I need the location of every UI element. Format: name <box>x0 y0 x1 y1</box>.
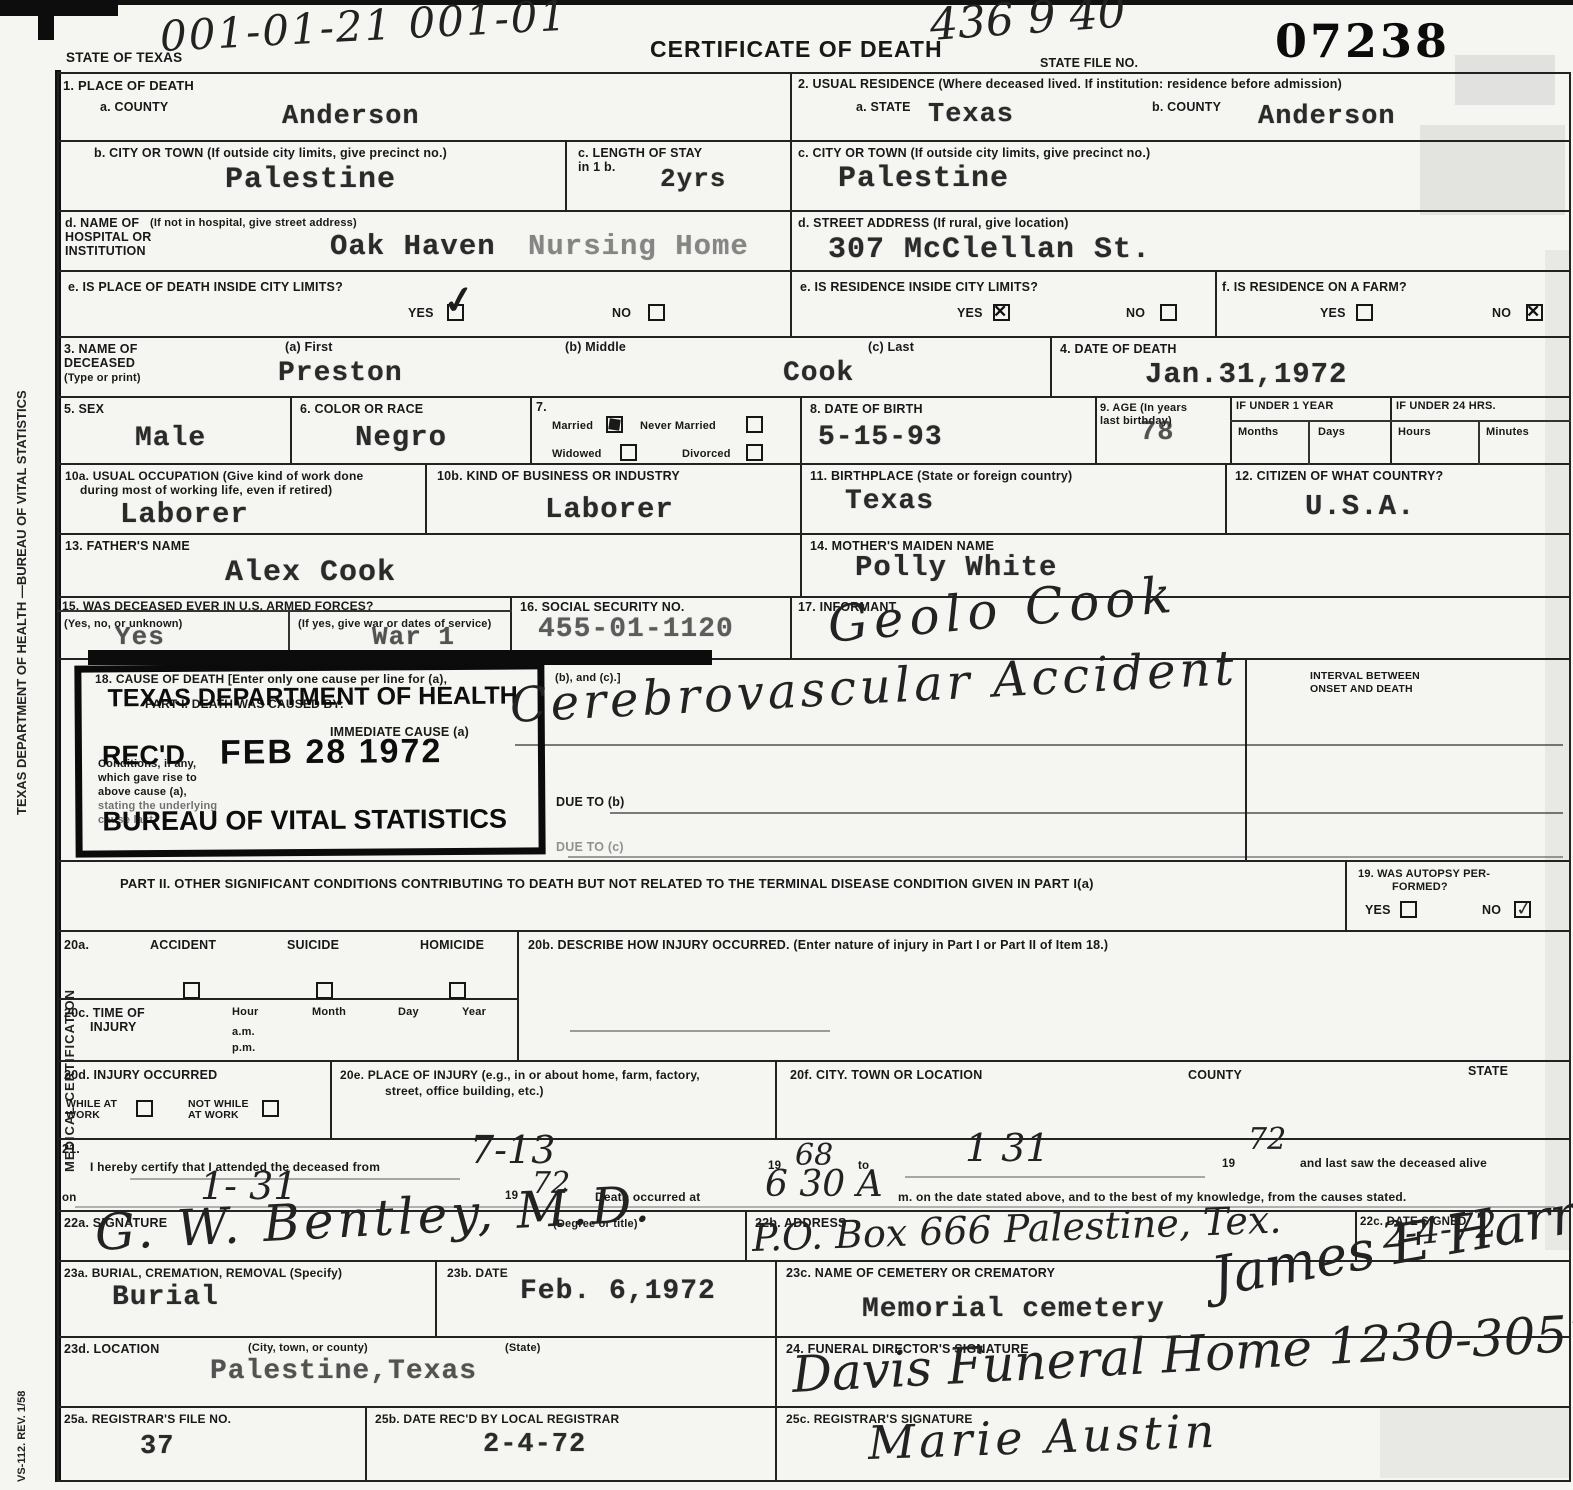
field-7-never-married-label: Never Married <box>640 420 716 432</box>
stamp-agency-line: TEXAS DEPARTMENT OF HEALTH <box>107 682 517 714</box>
field-23a-value: Burial <box>112 1282 219 1313</box>
cert-on-label: on <box>62 1192 76 1204</box>
field-2d-address-value: 307 McClellan St. <box>828 233 1151 267</box>
field-15-sub1-value: Yes <box>115 622 165 652</box>
field-6-value: Negro <box>355 421 447 454</box>
interval-label2: ONSET AND DEATH <box>1310 683 1413 695</box>
field-2f-label: f. IS RESIDENCE ON A FARM? <box>1222 280 1407 294</box>
cert-19-prefix2: 19 <box>1222 1158 1235 1170</box>
field-2e-no-label: NO <box>1126 306 1145 320</box>
field-10a-value: Laborer <box>120 498 249 531</box>
field-1d-hospital-label: d. NAME OF <box>65 216 139 230</box>
field-21-number: 21. <box>62 1142 80 1156</box>
field-12-value: U.S.A. <box>1305 490 1415 523</box>
stamp-bureau-line: BUREAU OF VITAL STATISTICS <box>102 804 507 838</box>
scan-artifact <box>0 0 118 16</box>
county-label: COUNTY <box>1188 1068 1242 1082</box>
scan-artifact <box>88 650 712 665</box>
am-label: a.m. <box>232 1026 255 1038</box>
suicide-label: SUICIDE <box>287 938 339 952</box>
field-3-last-label: (c) Last <box>868 340 914 354</box>
received-stamp: TEXAS DEPARTMENT OF HEALTH REC'D FEB 28 … <box>74 662 545 857</box>
field-2e-yes-checkbox <box>993 304 1010 321</box>
cert-to-date: 1 31 <box>965 1126 1050 1170</box>
certificate-title: CERTIFICATE OF DEATH <box>650 36 943 63</box>
field-2f-no-checkbox <box>1526 304 1543 321</box>
days-label: Days <box>1318 426 1345 438</box>
field-23b-label: 23b. DATE <box>447 1266 508 1280</box>
field-16-value: 455-01-1120 <box>538 614 734 645</box>
field-2e-no-checkbox <box>1160 304 1177 321</box>
field-7-married-label: Married <box>552 420 593 432</box>
suicide-checkbox <box>316 982 333 999</box>
field-2a-state-label: a. STATE <box>856 100 911 114</box>
field-3-first-label: (a) First <box>285 340 333 354</box>
field-20c-label2: INJURY <box>90 1020 137 1034</box>
stamp-date: FEB 28 1972 <box>220 732 443 773</box>
field-9-label1: 9. AGE (In years <box>1100 402 1187 414</box>
field-1e-yes-label: YES <box>408 306 434 320</box>
field-25a-value: 37 <box>140 1432 174 1462</box>
homicide-label: HOMICIDE <box>420 938 484 952</box>
field-7-divorced-label: Divorced <box>682 448 731 460</box>
field-23d-state-note: (State) <box>505 1342 541 1354</box>
margin-agency-text: TEXAS DEPARTMENT OF HEALTH —BUREAU OF VI… <box>14 255 29 815</box>
field-20e-label2: street, office building, etc.) <box>385 1084 544 1098</box>
divider-line <box>1230 420 1392 422</box>
field-23c-value: Memorial cemetery <box>862 1294 1165 1325</box>
field-2f-yes-checkbox <box>1356 304 1373 321</box>
field-9-value: 78 <box>1140 418 1174 448</box>
field-1b-city-value: Palestine <box>225 163 396 197</box>
field-1d-hospital-label3: INSTITUTION <box>65 244 146 258</box>
not-while-at-work-checkbox <box>262 1100 279 1117</box>
margin-form-number: VS-112. REV. 1/58 <box>16 1374 28 1482</box>
field-25b-label: 25b. DATE REC'D BY LOCAL REGISTRAR <box>375 1412 619 1426</box>
field-20f-label: 20f. CITY. TOWN OR LOCATION <box>790 1068 982 1082</box>
field-19-yes-label: YES <box>1365 903 1391 917</box>
while-at-work-label2: WORK <box>66 1109 100 1121</box>
field-5-value: Male <box>135 423 206 454</box>
field-8-value: 5-15-93 <box>818 422 943 453</box>
month-label: Month <box>312 1006 346 1018</box>
field-1-title: 1. PLACE OF DEATH <box>63 78 194 93</box>
field-13-label: 13. FATHER'S NAME <box>65 539 190 553</box>
field-25a-label: 25a. REGISTRAR'S FILE NO. <box>64 1412 231 1426</box>
field-3-first-value: Preston <box>278 358 403 389</box>
minutes-label: Minutes <box>1486 426 1529 438</box>
cause-line-b <box>610 812 1563 814</box>
field-2e-yes-label: YES <box>957 306 983 320</box>
divider-line <box>1478 420 1480 465</box>
field-8-label: 8. DATE OF BIRTH <box>810 402 923 416</box>
field-7-divorced-checkbox <box>746 444 763 461</box>
homicide-checkbox <box>449 982 466 999</box>
hours-label: Hours <box>1398 426 1431 438</box>
field-1a-county-value: Anderson <box>282 102 420 132</box>
interval-label1: INTERVAL BETWEEN <box>1310 670 1420 682</box>
field-5-label: 5. SEX <box>64 402 104 416</box>
scan-artifact <box>0 0 1573 5</box>
field-4-label: 4. DATE OF DEATH <box>1060 342 1177 356</box>
divider-line <box>1390 420 1571 422</box>
field-1e-no-label: NO <box>612 306 631 320</box>
field-2f-no-label: NO <box>1492 306 1511 320</box>
field-11-label: 11. BIRTHPLACE (State or foreign country… <box>810 469 1072 483</box>
field-23c-label: 23c. NAME OF CEMETERY OR CREMATORY <box>786 1266 1055 1280</box>
field-23d-label: 23d. LOCATION <box>64 1342 159 1356</box>
state-file-no-label: STATE FILE NO. <box>1040 56 1138 70</box>
field-4-value: Jan.31,1972 <box>1145 358 1347 391</box>
field-19-label1: 19. WAS AUTOPSY PER- <box>1358 868 1490 880</box>
field-2b-county-label: b. COUNTY <box>1152 100 1221 114</box>
field-1c-stay-value: 2yrs <box>660 164 726 194</box>
cert-line <box>905 1176 1205 1178</box>
cert-death-time: 6 30 A <box>765 1164 883 1205</box>
day-label: Day <box>398 1006 419 1018</box>
field-20d-label: 20d. INJURY OCCURRED <box>64 1068 217 1082</box>
field-10b-label: 10b. KIND OF BUSINESS OR INDUSTRY <box>437 469 680 483</box>
field-23d-value: Palestine,Texas <box>210 1356 477 1387</box>
field-1a-county-label: a. COUNTY <box>100 100 168 114</box>
field-10a-label1: 10a. USUAL OCCUPATION (Give kind of work… <box>65 469 363 483</box>
if-under-1-year-label: IF UNDER 1 YEAR <box>1236 400 1334 412</box>
field-7-label: 7. <box>536 400 547 414</box>
field-20e-label1: 20e. PLACE OF INJURY (e.g., in or about … <box>340 1068 700 1082</box>
pm-label: p.m. <box>232 1042 255 1054</box>
field-2a-state-value: Texas <box>928 100 1014 130</box>
field-1d-hospital-note: (If not in hospital, give street address… <box>150 217 357 229</box>
while-at-work-checkbox <box>136 1100 153 1117</box>
field-3-title1: 3. NAME OF <box>64 342 138 356</box>
cert-text-2: and last saw the deceased alive <box>1300 1156 1487 1170</box>
death-certificate-scan: TEXAS DEPARTMENT OF HEALTH —BUREAU OF VI… <box>0 0 1573 1490</box>
field-11-value: Texas <box>845 486 934 517</box>
field-2e-label: e. IS RESIDENCE INSIDE CITY LIMITS? <box>800 280 1038 294</box>
handwritten-file-number: 436 9 40 <box>928 0 1127 51</box>
field-1d-hospital-label2: HOSPITAL OR <box>65 230 151 244</box>
field-2c-city-value: Palestine <box>838 162 1009 196</box>
field-2d-address-label: d. STREET ADDRESS (If rural, give locati… <box>798 216 1069 230</box>
hour-label: Hour <box>232 1006 258 1018</box>
cert-to-year: 72 <box>1248 1122 1286 1157</box>
field-13-value: Alex Cook <box>225 556 396 590</box>
due-to-b-label: DUE TO (b) <box>556 795 624 809</box>
field-10b-value: Laborer <box>545 493 674 526</box>
field-2b-county-value: Anderson <box>1258 102 1396 132</box>
field-1c-stay-label: c. LENGTH OF STAY <box>578 146 702 160</box>
field-1e-yes-checkmark: ✓ <box>440 276 478 325</box>
field-1e-no-checkbox <box>648 304 665 321</box>
due-to-c-label: DUE TO (c) <box>556 840 624 854</box>
cause-line-c <box>568 856 1563 858</box>
divider-line <box>1308 420 1310 465</box>
field-1d-hospital-value2: Nursing Home <box>528 230 749 263</box>
field-19-yes-checkbox <box>1400 901 1417 918</box>
field-23a-label: 23a. BURIAL, CREMATION, REMOVAL (Specify… <box>64 1266 342 1280</box>
field-20b-label: 20b. DESCRIBE HOW INJURY OCCURRED. (Ente… <box>528 938 1108 952</box>
field-6-label: 6. COLOR OR RACE <box>300 402 423 416</box>
field-2-title: 2. USUAL RESIDENCE (Where deceased lived… <box>798 77 1342 91</box>
field-7-widowed-label: Widowed <box>552 448 602 460</box>
state-label: STATE <box>1468 1064 1508 1078</box>
field-2f-yes-label: YES <box>1320 306 1346 320</box>
field-1b-city-label: b. CITY OR TOWN (If outside city limits,… <box>94 146 447 160</box>
field-25b-value: 2-4-72 <box>483 1430 586 1460</box>
field-7-widowed-checkbox <box>620 444 637 461</box>
accident-label: ACCIDENT <box>150 938 216 952</box>
field-1c-stay-label2: in 1 b. <box>578 160 616 174</box>
field-15-sub2-value: War 1 <box>372 622 455 652</box>
field-3-middle-label: (b) Middle <box>565 340 626 354</box>
scan-artifact <box>38 14 54 40</box>
cell-part-ii-conditions <box>57 860 1347 932</box>
stamped-certificate-number: 07238 <box>1275 14 1450 68</box>
not-while-at-work-label2: AT WORK <box>188 1109 239 1121</box>
if-under-24-hrs-label: IF UNDER 24 HRS. <box>1396 400 1496 412</box>
field-16-label: 16. SOCIAL SECURITY NO. <box>520 600 685 614</box>
stamp-recd-label: REC'D <box>102 740 185 772</box>
field-1e-label: e. IS PLACE OF DEATH INSIDE CITY LIMITS? <box>68 280 343 294</box>
field-20a-label: 20a. <box>64 938 89 952</box>
field-15-label: 15. WAS DECEASED EVER IN U.S. ARMED FORC… <box>62 599 374 613</box>
part-ii-label: PART II. OTHER SIGNIFICANT CONDITIONS CO… <box>120 876 1094 891</box>
field-7-married-checkbox <box>606 416 623 433</box>
cause-line-a <box>515 744 1563 746</box>
field-3-last-value: Cook <box>783 358 854 389</box>
field-1d-hospital-value: Oak Haven <box>330 230 496 263</box>
field-2c-city-label: c. CITY OR TOWN (If outside city limits,… <box>798 146 1150 160</box>
year-label: Year <box>462 1006 486 1018</box>
field-10a-label2: during most of working life, even if ret… <box>80 483 332 497</box>
field-23b-value: Feb. 6,1972 <box>520 1276 716 1307</box>
field-19-no-checkbox <box>1514 901 1531 918</box>
accident-checkbox <box>183 982 200 999</box>
handwritten-district-codes: 001-01-21 001-01 <box>159 0 570 61</box>
field-23d-city-note: (City, town, or county) <box>248 1342 368 1354</box>
field-3-title2: DECEASED <box>64 356 135 370</box>
field-19-label2: FORMED? <box>1392 881 1448 893</box>
field-19-no-label: NO <box>1482 903 1501 917</box>
field-12-label: 12. CITIZEN OF WHAT COUNTRY? <box>1235 469 1443 483</box>
field-3-title3: (Type or print) <box>64 372 141 384</box>
field-20c-label1: 20c. TIME OF <box>64 1006 145 1020</box>
field-7-never-married-checkbox <box>746 416 763 433</box>
months-label: Months <box>1238 426 1278 438</box>
injury-line <box>570 1030 830 1032</box>
